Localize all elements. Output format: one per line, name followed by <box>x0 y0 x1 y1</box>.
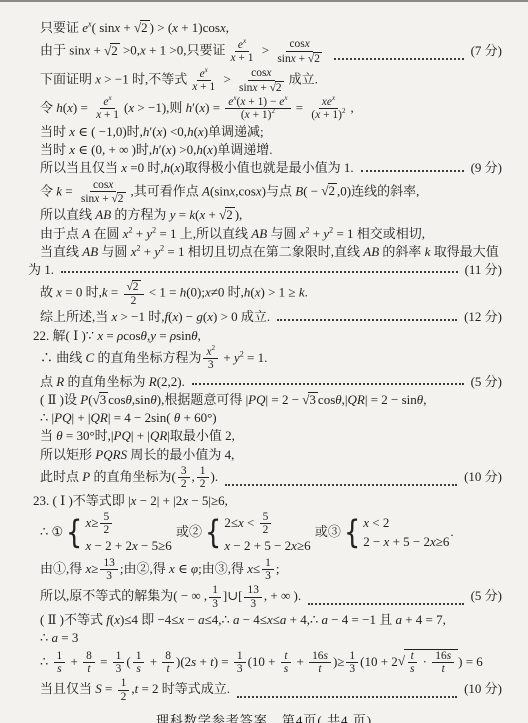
math-line: 23. ( Ⅰ )不等式即 |x − 2| + |2x − 5|≥6, <box>0 493 528 509</box>
case-system: {x≥52x − 2 + 2x − 5≥6 <box>64 511 172 555</box>
score-label: (5 分) <box>471 588 502 604</box>
math-line: 当时 x ∈ ( −1,0)时,h′(x) <0,h(x)单调递减; <box>0 124 528 140</box>
fraction: ex(x + 1) − ex(x + 1)2 <box>225 96 290 122</box>
math-line: 当时 x ∈ (0, + ∞ )时,h′(x) >0,h(x)单调递增. <box>0 142 528 158</box>
line-text: 所以直线 AB 的方程为 y = k(x + √2), <box>40 207 242 223</box>
score-label: (7 分) <box>471 43 502 59</box>
math-line: 由于 sinx + √2 >0,x + 1 >0,只要证exx + 1 > co… <box>0 38 528 65</box>
square-root: √2 <box>134 20 150 35</box>
fraction: 52 <box>100 511 112 537</box>
line-text: 22. 解( Ⅰ )∵ x = ρcosθ,y = ρsinθ, <box>33 328 201 344</box>
fraction: 8t <box>83 650 95 676</box>
score-label: (12 分) <box>464 309 502 325</box>
line-text: 下面证明 x > −1 时,不等式exx + 1 > cosxsinx + √2… <box>40 67 318 94</box>
square-root: √3 <box>93 392 109 407</box>
fraction: ts <box>281 650 291 676</box>
line-text: 当时 x ∈ ( −1,0)时,h′(x) <0,h(x)单调递减; <box>40 124 264 140</box>
line-text: 当 θ = 30°时,|PQ| + |QR|取最小值 2, <box>40 428 235 444</box>
line-text: 综上所述,当 x > −1 时,f(x) − g(x) > 0 成立. <box>40 309 270 325</box>
square-root: √2 <box>308 53 322 65</box>
math-line: ∴ 1s + 8t = 13(1s + 8t)(2s + t) = 13(10 … <box>0 649 528 676</box>
fraction: 1s <box>54 650 66 676</box>
fraction: 12 <box>197 465 209 491</box>
square-root: √ts · 16st <box>398 653 458 668</box>
case-system: {2≤x < 52x − 2 + 5 − 2x≥6 <box>203 511 311 555</box>
math-line: 为 1.(11 分) <box>0 262 528 278</box>
fraction: 13 <box>346 650 358 676</box>
score-label: (11 分) <box>465 262 502 278</box>
dotted-leader <box>225 484 457 486</box>
math-line: 由于点 A 在圆 x2 + y2 = 1 上,所以直线 AB 与圆 x2 + y… <box>0 226 528 242</box>
score-label: (9 分) <box>471 160 502 176</box>
line-text: 由①,得 x≥133;由②,得 x ∈ φ;由③,得 x≤13; <box>40 557 280 583</box>
math-line: 令 k = cosxsinx + √2,其可看作点 A(sinx,cosx)与点… <box>0 179 528 206</box>
score-label: (5 分) <box>471 374 502 390</box>
score-label: (10 分) <box>464 681 502 697</box>
line-text: 令 k = cosxsinx + √2,其可看作点 A(sinx,cosx)与点… <box>40 179 419 206</box>
score-label: (10 分) <box>464 469 502 485</box>
line-text: 只要证 ex( sinx + √2) > (x + 1)cosx, <box>40 20 229 36</box>
line-text: ( Ⅱ )不等式 f(x)≤4 即 −4≤x − a≤4,∴ a − 4≤x≤a… <box>40 612 446 628</box>
math-line: 当 θ = 30°时,|PQ| + |QR|取最小值 2, <box>0 428 528 444</box>
math-line: ( Ⅱ )设 P(√3cosθ,sinθ),根据题意可得 |PQ| = 2 − … <box>0 392 528 408</box>
line-text: 所以当且仅当 x =0 时,h(x)取得极小值也就是最小值为 1. <box>40 160 354 176</box>
line-text: 所以矩形 PQRS 周长的最小值为 4, <box>40 447 234 463</box>
fraction: cosxsinx + √2 <box>274 38 325 65</box>
left-brace: { <box>205 518 221 547</box>
line-text: 为 1. <box>28 262 54 278</box>
math-line: 所以,原不等式的解集为( − ∞ ,13]∪[133, + ∞ ).(5 分) <box>0 584 528 610</box>
line-text: 当且仅当 S = 12,t = 2 时等式成立. <box>40 677 230 703</box>
math-line: 点 R 的直角坐标为 R(2,2).(5 分) <box>0 374 528 390</box>
page-footer: 理科数学参考答案 第4页( 共4 页) <box>0 710 528 723</box>
dotted-leader <box>277 319 457 321</box>
dotted-leader <box>237 696 457 698</box>
fraction: xex(x + 1)2 <box>308 96 348 122</box>
math-line: 所以当且仅当 x =0 时,h(x)取得极小值也就是最小值为 1.(9 分) <box>0 160 528 176</box>
math-line: 下面证明 x > −1 时,不等式exx + 1 > cosxsinx + √2… <box>0 67 528 94</box>
fraction: x23 <box>203 346 218 372</box>
fraction: 13 <box>209 584 221 610</box>
square-root: √2 <box>112 193 126 205</box>
fraction: ts <box>407 650 417 676</box>
answer-lines: 只要证 ex( sinx + √2) > (x + 1)cosx,由于 sinx… <box>0 20 528 703</box>
fraction: cosxsinx + √2 <box>78 179 129 206</box>
math-line: 所以矩形 PQRS 周长的最小值为 4, <box>0 447 528 463</box>
line-text: ∴ 曲线 C 的直角坐标方程为x23 + y2 = 1. <box>40 346 267 372</box>
fraction: 16st <box>432 650 454 676</box>
math-line: 只要证 ex( sinx + √2) > (x + 1)cosx, <box>0 20 528 36</box>
math-line: 当且仅当 S = 12,t = 2 时等式成立.(10 分) <box>0 677 528 703</box>
line-text: ∴ ①{x≥52x − 2 + 2x − 5≥6 或②{2≤x < 52x − … <box>40 511 454 555</box>
fraction: 13 <box>262 557 274 583</box>
math-line: 故 x = 0 时,k = √22 < 1 = h(0);x≠0 时,h(x) … <box>0 280 528 307</box>
math-line: ∴ ①{x≥52x − 2 + 2x − 5≥6 或②{2≤x < 52x − … <box>0 511 528 555</box>
dotted-leader <box>361 170 464 172</box>
math-line: ∴ |PQ| + |QR| = 4 − 2sin( θ + 60°) <box>0 410 528 426</box>
fraction: 8t <box>162 650 174 676</box>
fraction: 16st <box>309 650 331 676</box>
fraction: 133 <box>100 557 117 583</box>
math-line: 22. 解( Ⅰ )∵ x = ρcosθ,y = ρsinθ, <box>0 328 528 344</box>
square-root: √2 <box>104 43 120 58</box>
math-line: 所以直线 AB 的方程为 y = k(x + √2), <box>0 207 528 223</box>
line-text: ∴ 1s + 8t = 13(1s + 8t)(2s + t) = 13(10 … <box>40 649 483 676</box>
fraction: 1s <box>133 650 145 676</box>
dotted-leader <box>334 58 464 60</box>
fraction: exx + 1 <box>228 39 257 65</box>
line-text: ∴ |PQ| + |QR| = 4 − 2sin( θ + 60°) <box>40 410 217 426</box>
fraction: exx + 1 <box>93 96 122 122</box>
line-text: 当时 x ∈ (0, + ∞ )时,h′(x) >0,h(x)单调递增. <box>40 142 273 158</box>
line-text: ∴ a = 3 <box>40 630 78 646</box>
math-line: 此时点 P 的直角坐标为(32,12).(10 分) <box>0 465 528 491</box>
square-root: √2 <box>127 281 141 293</box>
dotted-leader <box>192 383 464 385</box>
square-root: √2 <box>321 183 337 198</box>
math-line: ( Ⅱ )不等式 f(x)≤4 即 −4≤x − a≤4,∴ a − 4≤x≤a… <box>0 612 528 628</box>
fraction: 13 <box>113 650 125 676</box>
line-text: 由于点 A 在圆 x2 + y2 = 1 上,所以直线 AB 与圆 x2 + y… <box>40 226 425 242</box>
math-line: 由①,得 x≥133;由②,得 x ∈ φ;由③,得 x≤13; <box>0 557 528 583</box>
fraction: exx + 1 <box>189 68 218 94</box>
case-system: {x < 22 − x + 5 − 2x≥6 <box>342 515 450 550</box>
math-line: 当直线 AB 与圆 x2 + y2 = 1 相切且切点在第二象限时,直线 AB … <box>0 244 528 260</box>
math-line: 综上所述,当 x > −1 时,f(x) − g(x) > 0 成立.(12 分… <box>0 309 528 325</box>
fraction: 32 <box>178 465 190 491</box>
line-text: 令 h(x) = exx + 1(x > −1),则 h′(x) = ex(x … <box>40 96 354 122</box>
line-text: 点 R 的直角坐标为 R(2,2). <box>40 374 185 390</box>
square-root: √2 <box>270 82 284 94</box>
line-text: 由于 sinx + √2 >0,x + 1 >0,只要证exx + 1 > co… <box>40 38 327 65</box>
dotted-leader <box>308 603 463 605</box>
line-text: 故 x = 0 时,k = √22 < 1 = h(0);x≠0 时,h(x) … <box>40 280 308 307</box>
line-text: 当直线 AB 与圆 x2 + y2 = 1 相切且切点在第二象限时,直线 AB … <box>40 244 499 260</box>
fraction: √22 <box>124 280 144 307</box>
left-brace: { <box>344 518 360 547</box>
line-text: 23. ( Ⅰ )不等式即 |x − 2| + |2x − 5|≥6, <box>33 493 228 509</box>
square-root: √2 <box>219 207 235 222</box>
math-line: ∴ 曲线 C 的直角坐标方程为x23 + y2 = 1. <box>0 346 528 372</box>
fraction: 12 <box>118 677 130 703</box>
line-text: 此时点 P 的直角坐标为(32,12). <box>40 465 218 491</box>
answer-sheet: 只要证 ex( sinx + √2) > (x + 1)cosx,由于 sinx… <box>0 2 528 723</box>
line-text: ( Ⅱ )设 P(√3cosθ,sinθ),根据题意可得 |PQ| = 2 − … <box>40 392 426 408</box>
square-root: √3 <box>302 392 318 407</box>
fraction: 13 <box>234 650 246 676</box>
fraction: cosxsinx + √2 <box>236 67 287 94</box>
fraction: 133 <box>244 584 261 610</box>
math-line: ∴ a = 3 <box>0 630 528 646</box>
left-brace: { <box>66 518 82 547</box>
fraction: 52 <box>260 511 272 537</box>
line-text: 所以,原不等式的解集为( − ∞ ,13]∪[133, + ∞ ). <box>40 584 301 610</box>
math-line: 令 h(x) = exx + 1(x > −1),则 h′(x) = ex(x … <box>0 96 528 122</box>
dotted-leader <box>61 271 458 273</box>
